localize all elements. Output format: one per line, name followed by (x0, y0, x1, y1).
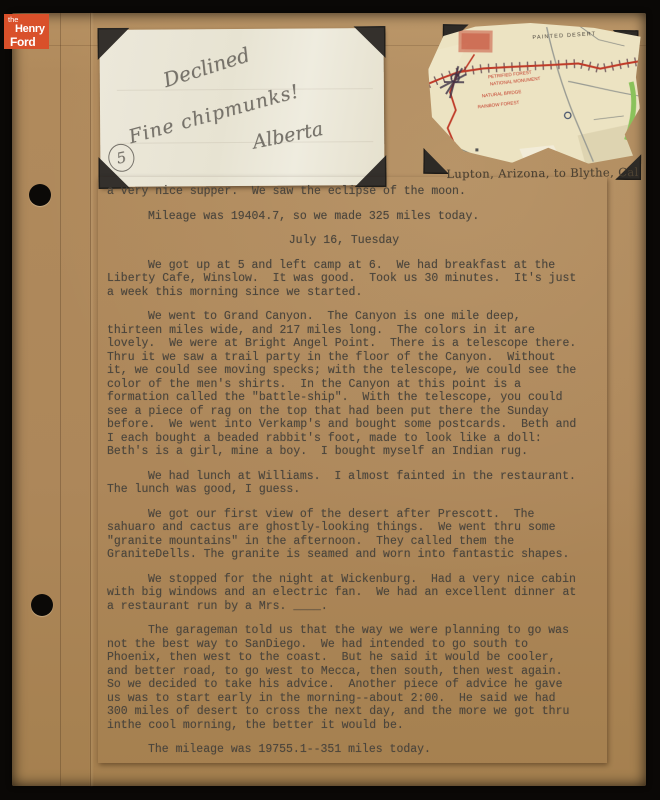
letter-paragraph: Mileage was 19404.7, so we made 325 mile… (107, 210, 581, 224)
letter-paragraph: We got up at 5 and left camp at 6. We ha… (107, 259, 581, 300)
logo-word-henry: Henry (15, 24, 49, 35)
map-drawing: PAINTED DESERT PETRIFIED FOREST NATIONAL… (427, 22, 640, 164)
letter-paragraph: We got our first view of the desert afte… (107, 508, 581, 562)
letter-body: a very nice supper. We saw the eclipse o… (107, 185, 581, 757)
note-card: Declined Fine chipmunks! Alberta 5 (99, 28, 384, 187)
henry-ford-logo: the Henry Ford (4, 14, 49, 49)
punch-hole-bottom (31, 594, 53, 616)
page-fold-line (60, 13, 61, 786)
letter-paragraph: We went to Grand Canyon. The Canyon is o… (107, 310, 581, 459)
letter-paragraph: The mileage was 19755.1--351 miles today… (107, 743, 581, 757)
card-fold-line (117, 88, 373, 91)
letter-paragraph: a very nice supper. We saw the eclipse o… (107, 185, 581, 199)
logo-word-ford: Ford (10, 36, 49, 48)
page-fold-line (90, 13, 91, 786)
letter-paragraph: We stopped for the night at Wickenburg. … (107, 573, 581, 614)
punch-hole-top (29, 184, 51, 206)
map-paper: PAINTED DESERT PETRIFIED FOREST NATIONAL… (427, 22, 640, 164)
scanned-scrapbook-photo: Declined Fine chipmunks! Alberta 5 (0, 0, 660, 800)
letter-paragraph: The garageman told us that the way we we… (107, 624, 581, 732)
letter-paragraph: We had lunch at Williams. I almost faint… (107, 470, 581, 497)
letter-date-heading: July 16, Tuesday (107, 234, 581, 248)
road-map: PAINTED DESERT PETRIFIED FOREST NATIONAL… (427, 22, 640, 164)
typed-letter-sheet: a very nice supper. We saw the eclipse o… (98, 177, 607, 763)
